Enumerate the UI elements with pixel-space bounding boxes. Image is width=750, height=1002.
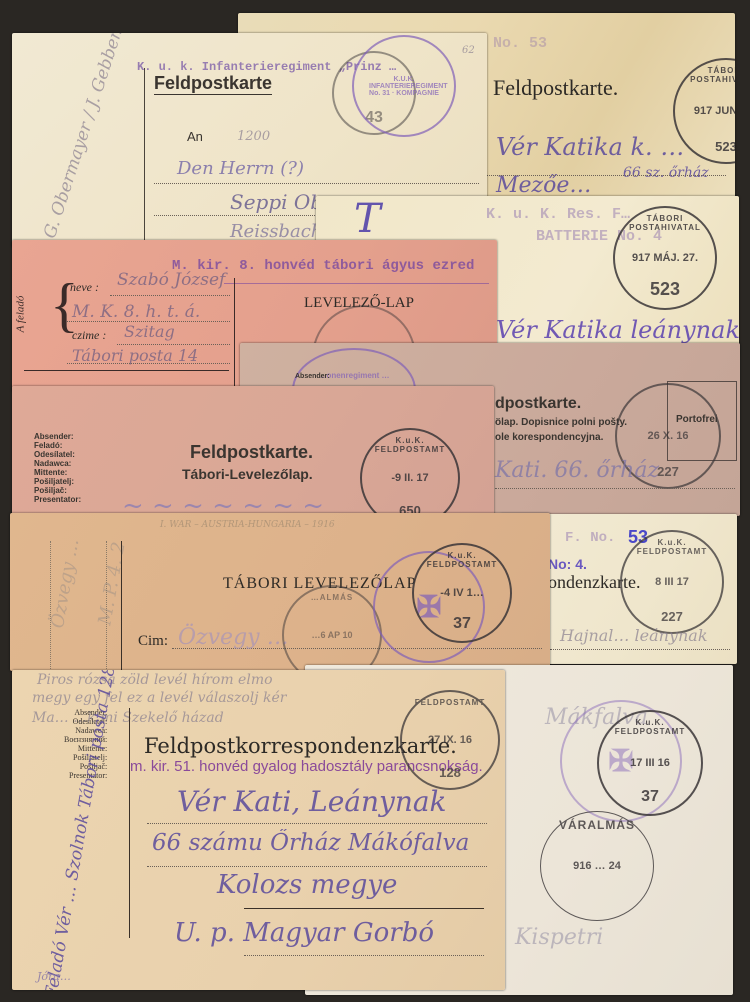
name-label: neve : (70, 280, 99, 295)
postmark-feldpostamt-128: FELDPOSTAMT 27 IX. 16 128 (400, 690, 500, 790)
handwritten-address: 66 sz. őrház (623, 165, 709, 181)
pencil-message: megy egy fel ez a levél válaszolj kér (32, 690, 286, 706)
handwritten-name: Szabó József (117, 270, 225, 290)
address-label: Cim: (138, 633, 168, 650)
postmark-feldpostamt-227: K.u.K. FELDPOSTAMT 8 III 17 227 (620, 530, 724, 634)
side-note: Jóra… (37, 970, 71, 983)
absender-label: Absender: (295, 373, 330, 380)
address-label: czime : (72, 328, 106, 343)
card-title: Feldpostkarte. (493, 75, 618, 101)
postmark-almas: …ALMÁS …6 AP 10 (282, 585, 382, 671)
side-note-vertical: G. Obermayer / J. Gebbenig / Feldpost 43… (40, 35, 124, 241)
form-line (117, 344, 230, 345)
address-line (154, 183, 479, 184)
corner-note: 62 (462, 45, 475, 56)
side-handwriting: Özvegy … (47, 537, 83, 630)
form-line (67, 363, 230, 364)
postmark-feldpostamt-37: K.u.K. FELDPOSTAMT -4 IV 1… 37 (412, 543, 512, 643)
side-handwriting: M. P. 4. 2 (94, 540, 129, 627)
handwritten-address: Kispetri (515, 925, 603, 950)
sender-line (50, 541, 51, 671)
pencil-message: Piros rózsa zöld levél hírom elmo (37, 672, 273, 688)
handwritten-address: Mezőe… (496, 173, 591, 198)
card-subtitle: ole korespondencyjna. (495, 432, 603, 443)
address-line (244, 955, 484, 956)
postcard-tabori-levelezolap: I. WAR – AUSTRIA-HUNGARIA – 1916 Özvegy … (10, 513, 550, 671)
address-line (550, 649, 730, 650)
side-note-vertical: Feladó Vér … Szolnok Tábori posta 128 (41, 760, 102, 990)
pencil-message: Ma… …k mi Szekelő házad (32, 710, 224, 726)
handwritten-address: Hajnal… leánynak (560, 626, 708, 645)
card-subtitle: Tábori-Levelezőlap. (182, 466, 313, 482)
stamp-no-4: No: 4. (548, 556, 587, 572)
divider-line (129, 708, 130, 938)
handwritten-mark: T (354, 196, 381, 242)
card-title: Feldpostkarte (154, 73, 272, 95)
sender-line (106, 541, 107, 671)
postmark-varalmas: VÁRALMÁS 916 … 24 (540, 811, 654, 921)
postmark-taboripostahivatal-523-may: TÁBORI POSTAHIVATAL 917 MÁJ. 27. 523 (613, 206, 717, 310)
address-line (147, 823, 487, 824)
postmark-feldpostamt-37: K.u.K. FELDPOSTAMT 17 III 16 37 (597, 710, 703, 816)
stamp-feldpost-no: F. No. (565, 530, 615, 546)
to-label: An (187, 129, 203, 144)
postcard-feldpostkarte-pink: Absender: Feladó: Odesílatel: Nadawca: M… (12, 386, 494, 521)
regiment-seal: K.U.K. INFANTERIEREGIMENT No. 31 · KOMPA… (352, 35, 456, 137)
sender-side-label: A feladó (14, 296, 26, 333)
pencil-note: I. WAR – AUSTRIA-HUNGARIA – 1916 (160, 520, 335, 530)
handwritten-unit: M. K. 8. h. t. á. (72, 302, 200, 322)
handwritten-address: Özvegy … (178, 625, 289, 650)
stamp-underline (224, 283, 489, 284)
card-subtitle: ölap. Dopisnice polni pošty. (495, 417, 627, 428)
address-line (495, 488, 735, 489)
handwritten-address: Vér Katika leánynak (496, 316, 739, 344)
postmark-feldpostamt-650: K.u.K. FELDPOSTAMT -9 II. 17 650 (360, 428, 460, 521)
divider-line (121, 541, 122, 671)
address-line-solid (244, 908, 484, 909)
handwritten-address: Kati. 66. őrház (495, 458, 659, 483)
handwritten-address: Vér Katika k. … (496, 133, 684, 161)
form-line (24, 370, 229, 371)
sender-labels: Absender: Feladó: Odesílatel: Nadawca: M… (34, 432, 81, 504)
card-title: dpostkarte. (495, 395, 581, 413)
divider-line (234, 278, 235, 392)
handwritten-address: Szitag (124, 322, 175, 341)
handwritten-address: Vér Kati, Leánynak (177, 785, 447, 818)
form-line (110, 295, 230, 296)
handwritten-address: Kolozs megye (217, 870, 397, 900)
postcard-feldpostkorrespondenzkarte: Piros rózsa zöld levél hírom elmo megy e… (12, 670, 505, 990)
address-line (147, 866, 487, 867)
handwritten-address: U. p. Magyar Gorbó (174, 918, 434, 948)
card-title: Feldpostkarte. (190, 442, 313, 463)
faint-unit-stamp: No. 53 (493, 35, 547, 52)
pencil-note: 1200 (237, 129, 270, 144)
unit-stamp: K. u. K. Res. F… (486, 206, 630, 223)
handwritten-address: 66 számu Őrház Mákófalva (152, 830, 469, 856)
handwritten-address: Den Herrn (?) (177, 158, 304, 179)
divider-line (144, 68, 145, 248)
handwritten-address: Reissbach (230, 221, 322, 242)
